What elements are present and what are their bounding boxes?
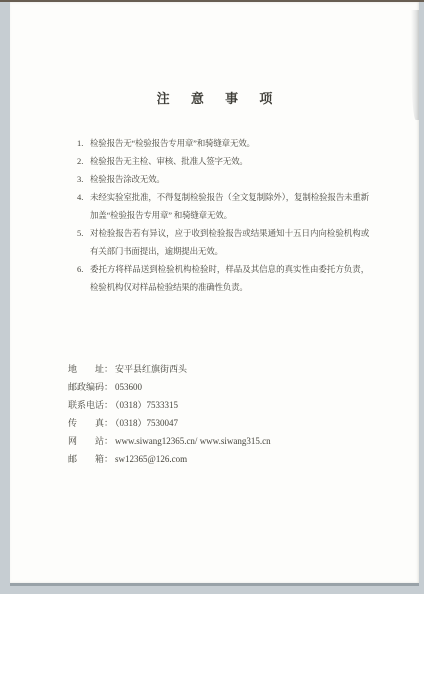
contact-label: 邮政编码 — [68, 378, 104, 396]
contact-value: （0318）7530047 — [113, 418, 178, 428]
note-item-2: 2. 检验报告无主检、审核、批准人签字无效。 — [77, 152, 369, 170]
contact-value: sw12365@126.com — [113, 454, 187, 464]
note-number: 4. — [77, 188, 83, 206]
contact-label: 地 址 — [68, 360, 104, 378]
note-text: 对检验报告若有异议，应于收到检验报告或结果通知十五日内向检验机构或有关部门书面提… — [90, 228, 369, 256]
note-text: 委托方将样品送到检验机构检验时，样品及其信息的真实性由委托方负责，检验机构仅对样… — [90, 264, 369, 292]
note-text: 检验报告涂改无效。 — [90, 174, 165, 184]
contact-colon: ： — [104, 436, 113, 446]
contact-label: 联系电话 — [68, 396, 104, 414]
note-text: 未经实验室批准，不得复制检验报告（全文复制除外），复制检验报告未重新加盖“检验报… — [90, 192, 369, 220]
contact-label: 邮 箱 — [68, 450, 104, 468]
document-page: 注 意 事 项 1. 检验报告无“检验报告专用章”和骑缝章无效。 2. 检验报告… — [10, 2, 419, 586]
note-text: 检验报告无主检、审核、批准人签字无效。 — [90, 156, 248, 166]
contact-block: 地 址：安平县红旗街西头 邮政编码：053600 联系电话：（0318）7533… — [68, 360, 419, 468]
scanner-bed-background: 注 意 事 项 1. 检验报告无“检验报告专用章”和骑缝章无效。 2. 检验报告… — [0, 0, 424, 594]
contact-value: 安平县红旗街西头 — [113, 364, 187, 374]
contact-row-address: 地 址：安平县红旗街西头 — [68, 360, 419, 378]
contact-colon: ： — [104, 454, 113, 464]
contact-colon: ： — [104, 382, 113, 392]
note-number: 5. — [77, 224, 83, 242]
contact-label: 传 真 — [68, 414, 104, 432]
contact-value: www.siwang12365.cn/ www.siwang315.cn — [113, 436, 271, 446]
contact-row-fax: 传 真：（0318）7530047 — [68, 414, 419, 432]
notes-list: 1. 检验报告无“检验报告专用章”和骑缝章无效。 2. 检验报告无主检、审核、批… — [77, 134, 369, 296]
contact-colon: ： — [104, 400, 113, 410]
note-number: 2. — [77, 152, 83, 170]
contact-value: 053600 — [113, 382, 142, 392]
page-title: 注 意 事 项 — [10, 2, 419, 107]
note-item-4: 4. 未经实验室批准，不得复制检验报告（全文复制除外），复制检验报告未重新加盖“… — [77, 188, 369, 224]
contact-value: （0318）7533315 — [113, 400, 178, 410]
contact-colon: ： — [104, 418, 113, 428]
contact-label: 网 站 — [68, 432, 104, 450]
note-item-1: 1. 检验报告无“检验报告专用章”和骑缝章无效。 — [77, 134, 369, 152]
note-number: 1. — [77, 134, 83, 152]
note-number: 3. — [77, 170, 83, 188]
contact-row-postcode: 邮政编码：053600 — [68, 378, 419, 396]
contact-row-email: 邮 箱：sw12365@126.com — [68, 450, 419, 468]
scanned-document-view: 注 意 事 项 1. 检验报告无“检验报告专用章”和骑缝章无效。 2. 检验报告… — [0, 0, 424, 700]
note-text: 检验报告无“检验报告专用章”和骑缝章无效。 — [90, 138, 255, 148]
contact-row-phone: 联系电话：（0318）7533315 — [68, 396, 419, 414]
note-number: 6. — [77, 260, 83, 278]
note-item-3: 3. 检验报告涂改无效。 — [77, 170, 369, 188]
contact-colon: ： — [104, 364, 113, 374]
note-item-5: 5. 对检验报告若有异议，应于收到检验报告或结果通知十五日内向检验机构或有关部门… — [77, 224, 369, 260]
contact-row-website: 网 站：www.siwang12365.cn/ www.siwang315.cn — [68, 432, 419, 450]
note-item-6: 6. 委托方将样品送到检验机构检验时，样品及其信息的真实性由委托方负责，检验机构… — [77, 260, 369, 296]
